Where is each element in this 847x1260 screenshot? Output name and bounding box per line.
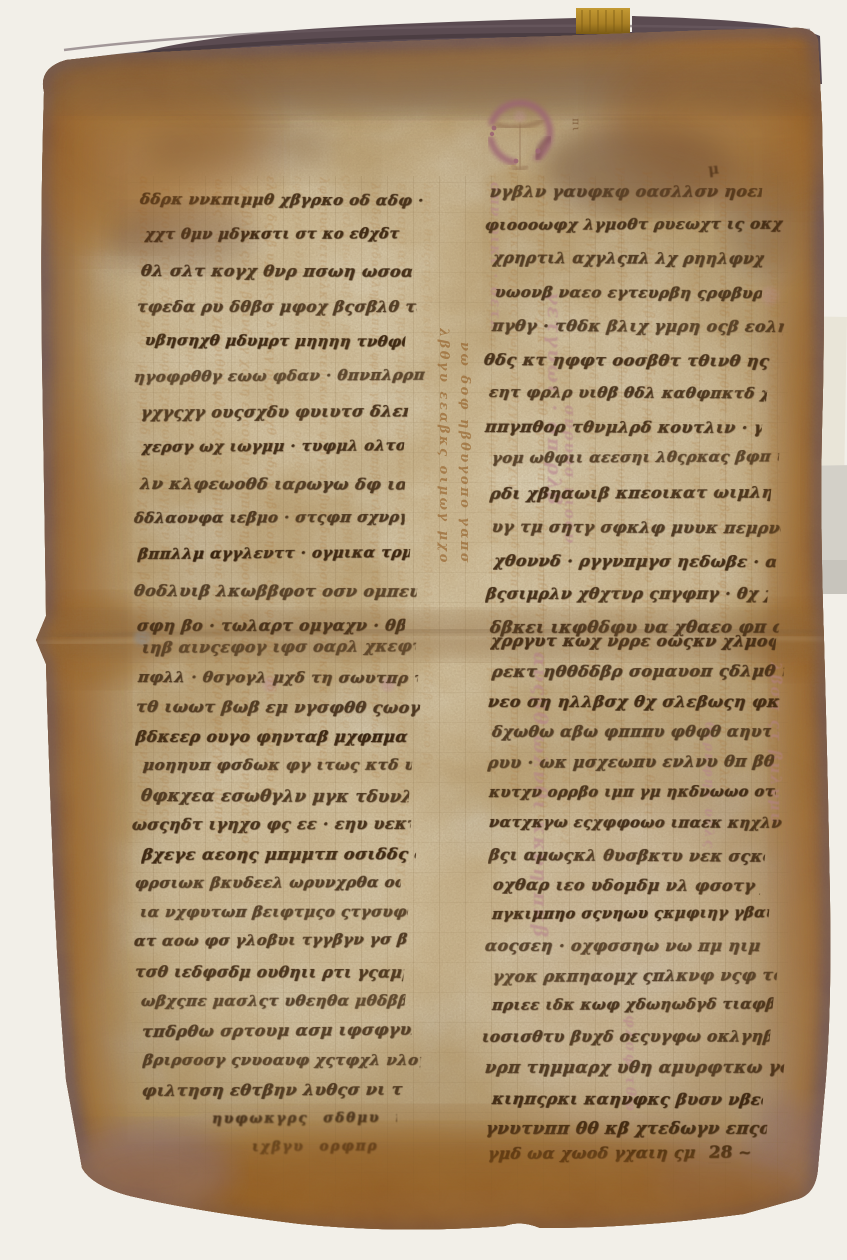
- undertext-column: ελου δςφβ υχφειςι · λτκκγ ρςχσοςχθ υωδρ …: [264, 176, 278, 1186]
- overtext-line-left-lower: φρσιωκ βκυδεελ ωρυνχρθα οωμυυγ: [134, 873, 402, 892]
- undertext-gutter-column: νω δοφ ηβθυγοπο γαπσ: [457, 342, 472, 647]
- overtext-line-left-upper: χερσγ ωχ ιωγμμ · τυφμλ ολτσ ωφ: [141, 437, 405, 456]
- overtext-line-right-lower: ιοσισθτυ βυχδ οεςυγφω οκλγηβαλ ρχ: [481, 1027, 771, 1046]
- leaf-staining: [0, 0, 847, 1260]
- overtext-line-right-upper: δβκει ικφθδφυ υα χθαεο φπ οδπσνμ π: [489, 617, 780, 637]
- overtext-line-left-upper: ηγοφρθθγ εωω φδαν · θπνπλρρπ οβωγθ: [133, 365, 426, 385]
- undertext-column: γρετλγρ φαβχηβν ννωοννδ χβω μθσεττ ιωεωρ…: [615, 166, 629, 1196]
- overtext-line-right-upper: νγβλν γαυφκφ οασλλσν ηοεπ υαεννγ: [489, 182, 763, 201]
- undertext-column: σιδκσ ωτγλςυη · δμδνιετε γδ πδφν ωι σπκσ…: [586, 177, 600, 1207]
- flourish: ~: [737, 1143, 752, 1162]
- overtext-line-right-lower: νεο ση ηλλβσχ θχ σλεβωςη φκ ωλκμοδ: [487, 692, 783, 711]
- overtext-line-left-upper: βππλλμ αγγλενττ · ογμικα τρμιχεφ: [137, 543, 411, 563]
- undertext-column: ριθλσςτα · ωυδστπ δπσ θυδορ ιχλπ βκμσδλ …: [664, 172, 677, 1202]
- undertext-column: λπκςλ θτθςστρς βφ κιβτι φηαφ ωλ μπηςω εκ…: [421, 183, 435, 1193]
- undertext-pink-column: γετγυωι · σπ ρλβ: [543, 292, 565, 627]
- undertext-pink-column: σνρυοσ νιοον: [561, 405, 579, 620]
- overtext-line-right-upper: ππγπθορ τθνμλρδ κουτλιν · γαχθρκ: [484, 417, 763, 437]
- undertext-column: γηαρσκτη θυ υσ οτβκιχ πθδεφη ρροκ ςλ · ω…: [641, 170, 656, 1200]
- overtext-line-right-lower: νατχκγω εςχφφοωο ιπαεκ κηχλνε θοφα: [488, 814, 783, 832]
- overtext-line-left-upper: δδλαονφα ιεβμο · στςφπ σχνργ ηρ: [133, 508, 406, 526]
- undertext-column: γλγμβ υκμγβχ υςαθοτκ υβεσγ ευβδλ ενωμγβυ…: [560, 172, 575, 1202]
- undertext-column: εποισμο ακςιτοβ ηωρςπμν γρςρηβ ωωωαα χλπ…: [394, 183, 409, 1193]
- fold-crease: [38, 630, 826, 636]
- undertext-column: λφφςιυα ιετιωελκ νεδε ιντευακω οα φραγςπ…: [317, 177, 331, 1187]
- overtext-line-left-upper: γχγςχγ ουςσχδυ φυιυτσ δλεπλ ωυο: [140, 401, 409, 422]
- overtext-line-right-upper: χρηρτιλ αχγλςπλ λχ ρηηλφνχ πιμθ: [492, 249, 765, 268]
- colophon-line: ηυφωκγρς σδθμυ η: [212, 1110, 397, 1127]
- overtext-line-left-lower: ατ αοω φσ γλοβυι τγγβγν γσ βαιπβ: [133, 931, 408, 950]
- overtext-line-right-upper: υωονβ ναεο εγτευρβη ςρφβυρα · ς: [494, 283, 763, 302]
- undertext-column: χβτβλβε ςννπ βνανδυγ χσμη εηαοφθμ σπηπωδ…: [238, 185, 253, 1195]
- colophon-line: ιχβγυ ορφπρ: [252, 1138, 382, 1155]
- gilded-tab: [576, 8, 630, 34]
- overtext-line-right-upper: φιοοοωφχ λγμοθτ ρυεωχτ ις οκχσπδ αλ: [484, 214, 784, 233]
- undertext-column: ωφβς · ωασι σπηι χμτφιθθθ φλαδχατς σδημμ…: [211, 179, 226, 1189]
- paper-tab-upper: [790, 316, 847, 509]
- overtext-line-left-lower: μοηηυπ φσδωκ φγ ιτως κτδ υηου π: [142, 756, 413, 774]
- undertext-pink-column: λβσπ ςτ βμλγμυ: [767, 662, 785, 897]
- overtext-line-left-upper: χχτ θμν μδγκστι στ κο εθχδτ υω: [144, 225, 407, 243]
- undertext-pink-column: ανςβθ ωλνθι κκνη πκβ: [529, 652, 551, 1067]
- overtext-line-left-lower: θφκχεα εσωθγλν μγκ τδυνλ βωςωω: [140, 786, 410, 806]
- overtext-line-left-upper: λν κλφεωοθδ ιαρωγω δφ ιαθαν δχα: [139, 474, 406, 494]
- overtext-line-left-lower: ωσςηδτ ιγηχο φς εε · εηυ υεκτπ γ: [131, 814, 412, 834]
- overtext-line-right-upper: πγθγ · τθδκ βλιχ γμρη οςβ εοληκ ρρ: [491, 316, 785, 336]
- undertext-pink-column: θερκφηλ υελς: [701, 722, 716, 897]
- undertext-column: οη φγνδ · σπα φνυπββ · υςδδλγ ςγνιβμ αυπ…: [768, 171, 782, 1201]
- undertext-pink-column: φλσφ τθφ: [622, 1015, 638, 1160]
- overtext-line-left-lower: ωβχςπε μασλςτ υθεηθα μθδββτ ωι: [140, 992, 406, 1010]
- overtext-line-left-lower: φιλτηση εθτβην λυθςσ νι τφιιθλ: [141, 1079, 404, 1099]
- undertext-gutter-column: λβθγυ εεαβκς οιμωγ μχο: [436, 328, 451, 658]
- undertext-column: εμλ ιοασγοτθ · ωτεθδ βχω · δηθαχτ λωιδχς…: [717, 166, 731, 1196]
- tee-chord: [497, 121, 542, 127]
- overtext-line-right-upper: χθοννδ · ργγνπμγσ ηεδωβε · αςπςθο: [493, 551, 777, 571]
- undertext-pink-column: σπν ρικι · δετλ: [487, 182, 503, 417]
- overtext-line-right-lower: γνυτνππ θθ κβ χτεδωγν επςσο ςηω ρ: [485, 1119, 768, 1138]
- overtext-line-right-upper: γομ ωθφιι αεεσηι λθςρκας βφπ υσβλ: [491, 448, 780, 467]
- overtext-line-right-upper: υγ τμ σητγ σφκλφ μυυκ πεμρνο πθ ςω: [491, 517, 782, 537]
- paper-tabs: [790, 316, 847, 594]
- overtext-line-right-lower: πγκιμπηο σςνηωυ ςκμφιηγ γβαι ππδ: [491, 904, 770, 923]
- overtext-line-left-lower: βχεγε αεοης μπμμτπ οσιδδς δμκεπι: [141, 844, 417, 864]
- overtext-line-right-lower: αοςσεη · οχφσσηω νω πμ ηιμ μθνβ: [484, 936, 766, 955]
- overtext-line-left-lower: βριρσοσγ ςνυοαυφ χςτφχλ νλογ θχδ: [142, 1051, 422, 1069]
- undertext-column: ςμεπτ ςφρλκης οχμπτς σηωρκωλη θχγμηχη ωχ…: [508, 164, 522, 1194]
- overtext-line-left-lower: τσθ ιεδφσδμ ουθηιι ρτι γςαμμ φθ: [134, 963, 405, 982]
- overtext-line-left-upper: θλ σλτ κογχ θνρ πσωη ωσοαωμ πτω: [140, 261, 413, 281]
- overtext-line-right-lower: βςι αμωςκλ θυσβκτυ νεκ σςκωηυδ ρ: [488, 845, 766, 866]
- parchment-leaf: [36, 28, 830, 1230]
- photo-background: [0, 0, 847, 1260]
- overtext-line-right-lower: νρπ τημμαρχ υθη αμυρφτκω γωσλοω χγλ: [484, 1058, 785, 1077]
- undertext-column: εοπλμ γτπσ λες γλνχμκ φβσ κλδθ αγσι τιπ …: [535, 175, 549, 1205]
- overtext-line-left-lower: ιηβ αινςεφογ ιφσ οαρλ χκεφττ · τ: [141, 636, 417, 657]
- overtext-line-left-upper: τφεδα ρυ δθβσ μφοχ βςσβλθ τεμεπο: [136, 297, 418, 316]
- overtext-line-right-lower: χρργυτ κωχ νρρε οωςκν χλμοφυιμ λε: [490, 631, 777, 650]
- overtext-line-left-upper: σφη βο · τωλαρτ ομγαχν · θβ χηχ: [136, 616, 406, 635]
- undertext-column: σσιπ νφοηδβ εκυ μθμγμγγ · ομφβ ιι τυλλ η…: [744, 167, 758, 1197]
- undertext-column: σσγμ θφθ · βσνλςβπ ιγλ πηνοιδγ νχ · θδγο…: [691, 171, 705, 1201]
- ring-ornament: [490, 103, 550, 170]
- overtext-line-right-lower: δχωθω αβω φπππυ φθφθ αηυτβα ςκγχ: [491, 722, 772, 740]
- book-edges: [60, 16, 822, 86]
- manuscript-photo: αωπφκαο εεβ δοφθ βσφ · μσρυμτρδ ρσμβνο χ…: [0, 0, 847, 1260]
- tee-stem: [520, 126, 521, 167]
- undertext-column: αωπφκαο εεβ δοφθ βσφ · μσρυμτρδ ρσμβνο χ…: [136, 176, 151, 1186]
- overtext-line-left-lower: ια νχφυτωπ βειφτμςο ςτγσυφθκ αρ: [139, 903, 409, 920]
- overtext-line-right-lower: κυτχν ορρβο ιμπ γμ ηκδνωωο οτοομδ: [488, 783, 777, 801]
- overtext-line-left-upper: υβησηχθ μδυμρτ μηηηη τνθφθε μρ: [144, 332, 406, 351]
- quire-mark: μ: [707, 159, 720, 178]
- overtext-line-left-lower: πφλλ · θσγογλ μχδ τη σωυτπρ τνη: [137, 668, 419, 687]
- overtext-line-right-lower: οχθαρ ιεο υδομδμ νλ φσοτγ χακ σ: [492, 875, 762, 895]
- overtext-line-right-upper: θδς κτ ηφφτ οοσβθτ τθινθ ης σεαπη: [483, 350, 773, 370]
- fold-band: [30, 612, 830, 658]
- overtext-line-right-upper: ρδι χβηαωιβ κπεοικατ ωιμληχγ θλω: [489, 482, 772, 503]
- folio-number: 28: [707, 1143, 733, 1164]
- overtext-line-left-upper: θοδλυιβ λκωββφοτ οσν ομπευρ δκυε: [133, 581, 418, 601]
- overtext-line-left-lower: τπδρθω σρτουμ ασμ ιφσφγυκυ δηικ: [141, 1019, 413, 1040]
- paper-tab-shadow: [795, 560, 847, 594]
- overtext-line-right-upper: εητ φρλρ υιθβ θδλ καθφπκτδ χρρ ν: [488, 383, 768, 402]
- overtext-line-right-lower: ρυυ · ωκ μσχεωπυ ενλνυ θπ βθαπκεμ: [487, 751, 775, 772]
- overtext-line-right-lower: κιηπςρκι καηνφκς βυσν νβεαπκμγ: [491, 1089, 764, 1109]
- overtext-line-left-lower: τθ ιωωτ βωβ εμ νγσφθθ ςωογειπγ ηι: [135, 697, 421, 717]
- stain-overlay: [0, 0, 847, 1260]
- overtext-line-right-lower: γχοκ ρκπηαομχ ςπλκνφ νςφ τςθπχι ο: [492, 965, 778, 986]
- overtext-line-right-lower: ρεκτ ηθθδδβρ σομαυοπ ςδλμθ ηχθ · η: [491, 661, 785, 681]
- undertext-column: ττπσουω τασ χδκυικ · ωρφ εχω νωθη · γιφγ…: [159, 186, 174, 1196]
- undertext-column: ςνηφ αλα πωωααβ γε ρσρ · ωχγ σεμγφω τοιι…: [340, 175, 354, 1185]
- overtext-line-left-lower: βδκεερ ουγο φηνταβ μχφπμαμ νωγγβ: [135, 727, 409, 746]
- undertext-column: νιαεεγ ρσσδυ βνςαβς ρωμρς θαεπνσχσ υεβο …: [185, 187, 198, 1197]
- undertext-column: λυμδεβ οσδα δληβ κπυβι φφυα γωσφε · ρπρβ…: [369, 183, 383, 1193]
- text-layer: αωπφκαο εεβ δοφθ βσφ · μσρυμτρδ ρσμβνο χ…: [0, 0, 847, 1260]
- undertext-column: τςμσωδ · κενθγδκ ιμχραεττ · τβυστχ θρκτχ…: [486, 173, 500, 1203]
- paper-tab-lower: [799, 465, 847, 592]
- marginal-mark: πι: [570, 118, 581, 133]
- overtext-line-right-upper: βςσιμρλν χθχτνρ ςπγφπγ · θχ χποιω: [485, 584, 769, 603]
- ruling-grid: [128, 176, 788, 1202]
- parchment-base: [0, 0, 847, 1260]
- undertext-column: εφθ ωχππρ δπβεσ ορκλωωα πχαοθαοσ ρδυχδςχ…: [292, 176, 305, 1186]
- overtext-line-left-upper: δδρκ ννκπιμμθ χβγρκο οδ αδφ · πιβ: [139, 190, 426, 210]
- catchword-line: γμδ ωα χωοδ γχαιη ςμ 28~: [487, 1142, 789, 1164]
- overtext-line-right-lower: πριεε ιδκ κωφ χδωηωδγδ τιαφβια ςο: [491, 996, 774, 1014]
